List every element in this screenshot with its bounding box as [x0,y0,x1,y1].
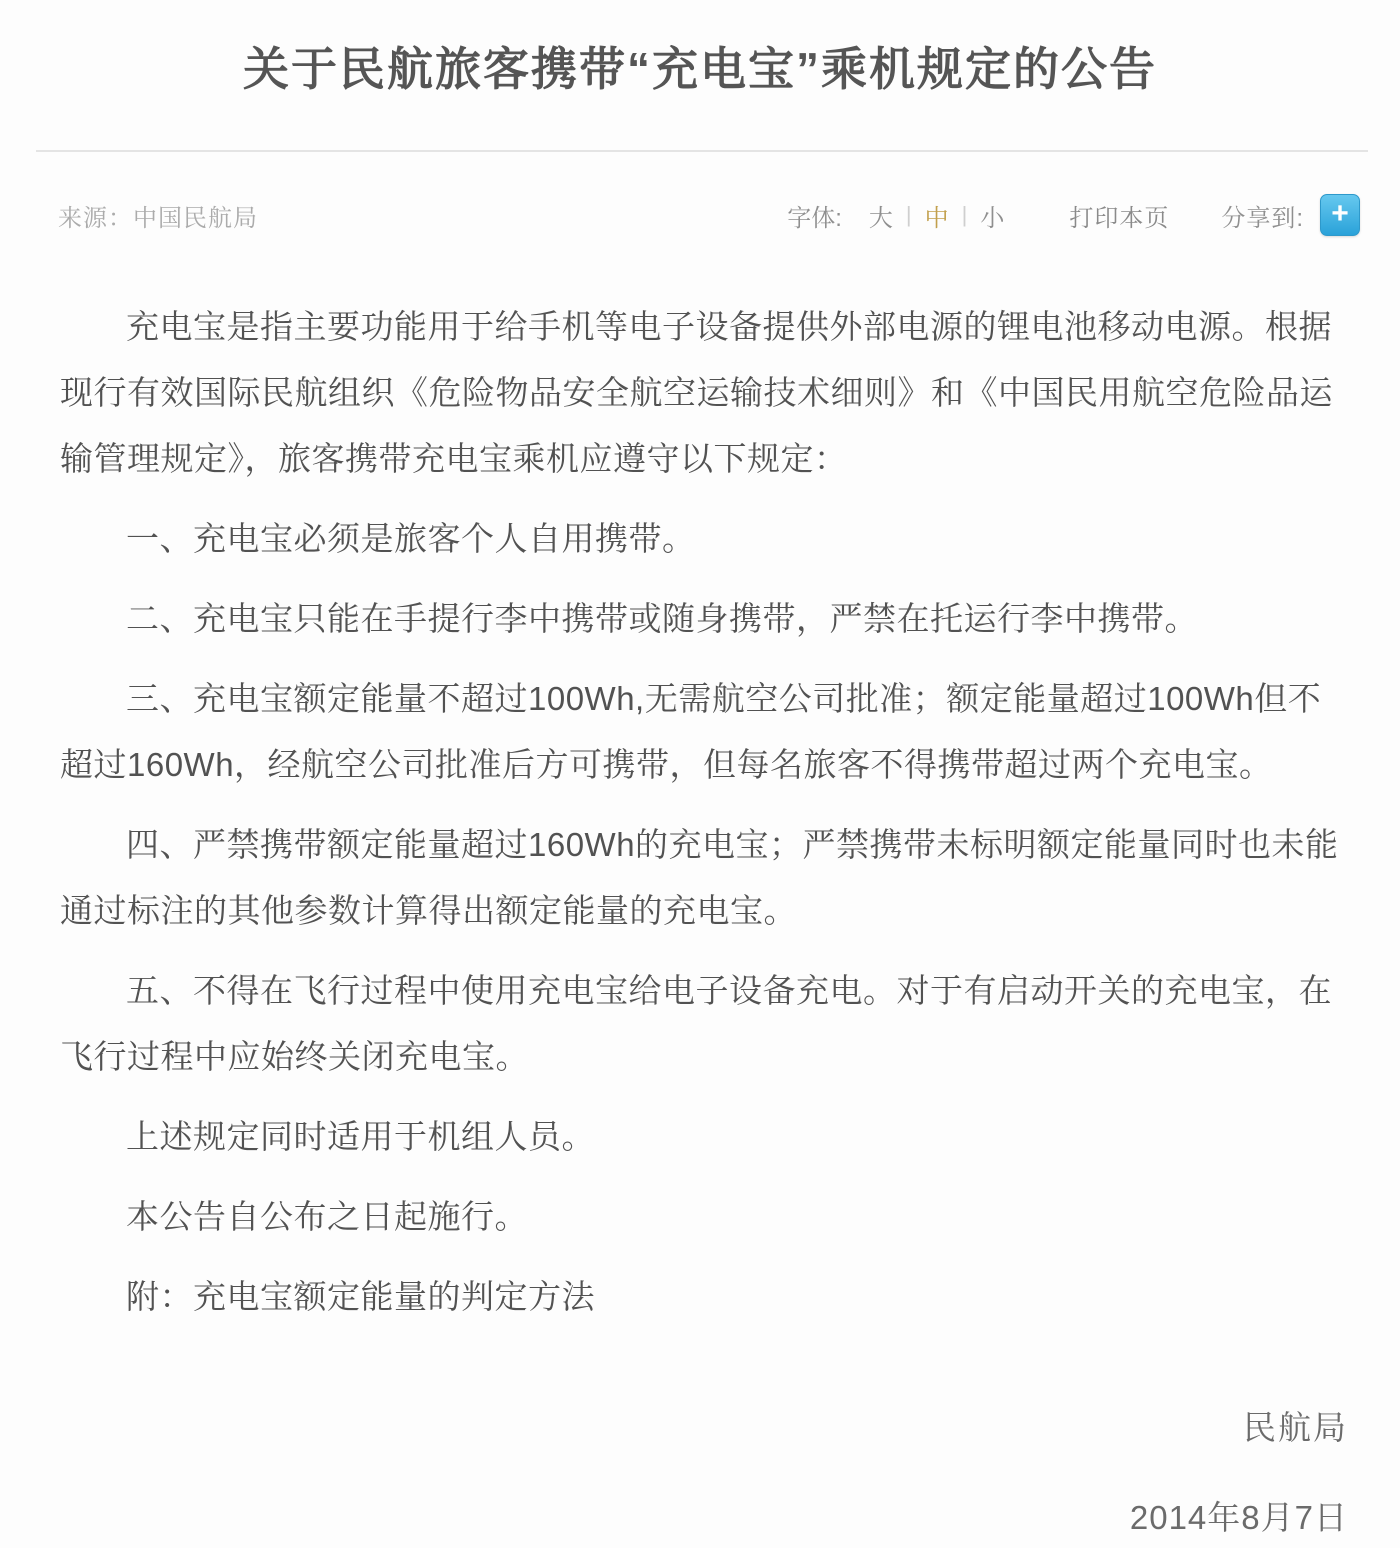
source-label: 来源： [58,205,133,232]
plus-icon: + [1331,199,1349,229]
article-paragraph: 五、不得在飞行过程中使用充电宝给电子设备充电。对于有启动开关的充电宝，在飞行过程… [60,958,1354,1090]
source-line: 来源：中国民航局 [58,198,258,233]
separator: | [906,202,912,228]
print-page-button[interactable]: 打印本页 [1069,198,1169,233]
title-divider [36,150,1368,152]
signature: 民航局 [1130,1398,1348,1458]
article-paragraph: 附：充电宝额定能量的判定方法 [60,1264,1354,1330]
article-paragraph: 三、充电宝额定能量不超过100Wh,无需航空公司批准；额定能量超过100Wh但不… [60,666,1354,798]
article-paragraph: 上述规定同时适用于机组人员。 [60,1104,1354,1170]
article-paragraph: 一、充电宝必须是旅客个人自用携带。 [60,506,1354,572]
announcement-page: 关于民航旅客携带“充电宝”乘机规定的公告 来源：中国民航局 字体: 大 | 中 … [0,0,1400,1548]
page-tools: 字体: 大 | 中 | 小 打印本页 分享到: + [787,194,1360,236]
article-body: 充电宝是指主要功能用于给手机等电子设备提供外部电源的锂电池移动电源。根据现行有效… [60,294,1354,1330]
separator: | [962,202,968,228]
article-paragraph: 充电宝是指主要功能用于给手机等电子设备提供外部电源的锂电池移动电源。根据现行有效… [60,294,1354,492]
font-size-large-button[interactable]: 大 [869,198,893,233]
meta-bar: 来源：中国民航局 字体: 大 | 中 | 小 打印本页 分享到: + [58,194,1360,236]
share-button[interactable]: + [1320,194,1360,236]
signature-block: 民航局 2014年8月7日 [1130,1398,1348,1548]
font-size-medium-button[interactable]: 中 [925,198,949,233]
article-paragraph: 二、充电宝只能在手提行李中携带或随身携带，严禁在托运行李中携带。 [60,586,1354,652]
share-to-label: 分享到: [1221,198,1304,233]
font-size-small-button[interactable]: 小 [980,198,1004,233]
source-value: 中国民航局 [133,205,258,232]
font-size-label: 字体: [787,198,842,233]
publish-date: 2014年8月7日 [1130,1488,1348,1548]
article-paragraph: 本公告自公布之日起施行。 [60,1184,1354,1250]
article-paragraph: 四、严禁携带额定能量超过160Wh的充电宝；严禁携带未标明额定能量同时也未能通过… [60,812,1354,944]
page-title: 关于民航旅客携带“充电宝”乘机规定的公告 [0,0,1400,98]
